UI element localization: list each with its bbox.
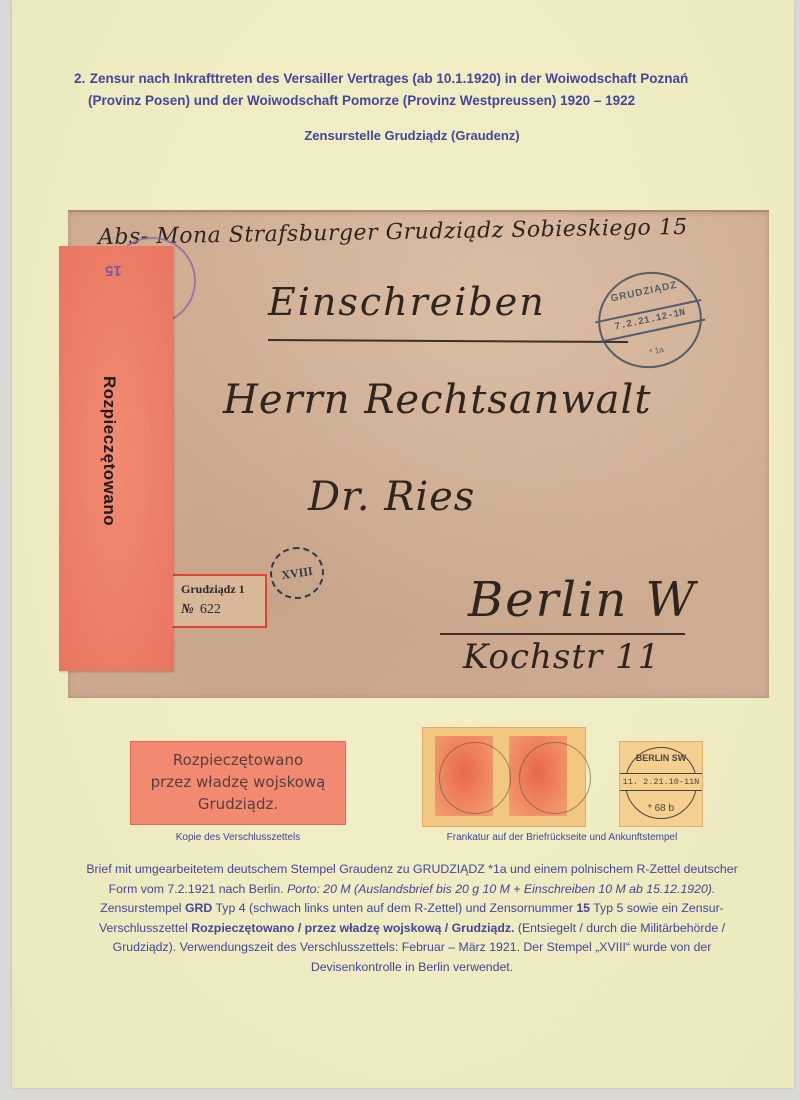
heading-line-2: (Provinz Posen) und der Woiwodschaft Pom… — [74, 90, 754, 112]
envelope-cover: Abs- Mona Strafsburger Grudziądz Sobiesk… — [68, 210, 769, 698]
postmark-code: * 1a — [607, 336, 707, 366]
desc-censor-number: 15 — [576, 901, 590, 915]
censor-label-copy: Rozpieczętowano przez władzę wojskową Gr… — [130, 741, 346, 825]
sender-address: Abs- Mona Strafsburger Grudziądz Sobiesk… — [98, 215, 688, 250]
arrival-postmark-date: 11. 2.21.10-11N — [620, 773, 702, 791]
underline — [440, 633, 685, 635]
censor-strip-text: Rozpieczętowano — [89, 376, 119, 546]
recipient-street: Kochstr 11 — [463, 637, 660, 677]
cancel-ring-icon — [519, 742, 591, 814]
label-copy-line-1: Rozpieczętowano — [131, 749, 345, 771]
censor-seal-strip: Rozpieczętowano — [59, 246, 173, 671]
desc-grd: GRD — [185, 901, 212, 915]
label-copy-line-3: Grudziądz. — [131, 793, 345, 815]
arrival-postmark-image: BERLIN SW 11. 2.21.10-11N * 68 b — [619, 741, 703, 827]
desc-part-2: Zensurstempel — [100, 901, 185, 915]
franking-image — [422, 727, 586, 827]
desc-label-text: Rozpieczętowano / przez władzę wojskową … — [191, 921, 514, 935]
desc-part-3: Typ 4 (schwach links unten auf dem R-Zet… — [212, 901, 576, 915]
registered-notation: Einschreiben — [268, 280, 546, 324]
label-copy-line-2: przez władzę wojskową — [131, 771, 345, 793]
arrival-postmark-town: BERLIN SW — [626, 753, 696, 763]
arrival-postmark: BERLIN SW 11. 2.21.10-11N * 68 b — [625, 747, 697, 819]
album-page: 2. Zensur nach Inkrafttreten des Versail… — [12, 0, 794, 1088]
postmark-date: 7.2.21.12-1N — [595, 299, 705, 343]
devisen-control-stamp: XVIII — [267, 543, 328, 602]
franking-caption: Frankatur auf der Briefrückseite und Ank… — [392, 832, 732, 843]
number-sign: № — [181, 602, 194, 617]
recipient-city: Berlin W — [468, 572, 697, 628]
page-heading: 2. Zensur nach Inkrafttreten des Versail… — [74, 68, 754, 112]
registration-office: Grudziądz 1 — [181, 582, 245, 597]
censor-number-stamp: 15 — [105, 262, 122, 279]
heading-number: 2. — [74, 68, 86, 90]
registration-number: №622 — [181, 602, 221, 618]
arrival-postmark-code: * 68 b — [626, 803, 696, 814]
page-subheading: Zensurstelle Grudziądz (Graudenz) — [12, 128, 800, 143]
recipient-name: Dr. Ries — [308, 474, 475, 520]
underline — [268, 339, 628, 343]
heading-line-1: Zensur nach Inkrafttreten des Versailler… — [90, 71, 688, 86]
label-copy-caption: Kopie des Verschlusszettels — [130, 832, 346, 843]
grudziadz-postmark: GRUDZIĄDZ 7.2.21.12-1N * 1a — [589, 262, 711, 378]
description-text: Brief mit umgearbeitetem deutschem Stemp… — [72, 860, 752, 977]
desc-porto: Porto: 20 M (Auslandsbrief bis 20 g 10 M… — [287, 882, 715, 896]
cancel-ring-icon — [439, 742, 511, 814]
registration-label: Grudziądz 1 №622 — [173, 574, 267, 628]
registration-number-value: 622 — [200, 602, 221, 617]
recipient-title: Herrn Rechtsanwalt — [223, 377, 651, 423]
